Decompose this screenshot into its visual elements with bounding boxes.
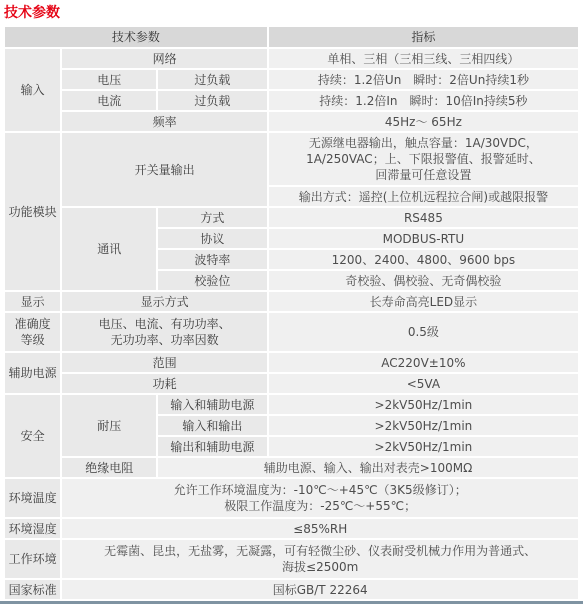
param-parity: 校验位	[158, 271, 267, 290]
param-input-aux: 输入和辅助电源	[158, 395, 267, 414]
category-input: 输入	[5, 49, 60, 131]
header-indicator: 指标	[269, 27, 578, 47]
value-insulation-resistance: 辅助电源、输入、输出对表壳>100MΩ	[158, 458, 578, 477]
param-current: 电流	[62, 91, 156, 110]
param-accuracy-items: 电压、电流、有功功率、 无功功率、功率因数	[62, 313, 266, 351]
param-protocol: 协议	[158, 229, 267, 248]
spec-table-body: 技术参数指标输入网络单相、三相（三相三线、三相四线）电压过负载持续：1.2倍Un…	[5, 27, 578, 599]
category-aux-power: 辅助电源	[5, 353, 60, 393]
param-display-mode: 显示方式	[62, 292, 266, 311]
value-voltage-overload: 持续：1.2倍Un 瞬时：2倍Un持续1秒	[269, 70, 578, 89]
value-aux-range: AC220V±10%	[269, 353, 578, 372]
category-function-module: 功能模块	[5, 133, 60, 290]
category-ambient-temperature: 环境温度	[5, 479, 60, 517]
value-parity: 奇校验、偶校验、无奇偶校验	[269, 271, 578, 290]
table-row: 绝缘电阻辅助电源、输入、输出对表壳>100MΩ	[5, 458, 578, 477]
param-current-overload: 过负载	[158, 91, 267, 110]
table-row: 环境湿度≤85%RH	[5, 519, 578, 538]
value-input-output: >2kV50Hz/1min	[269, 416, 578, 435]
category-accuracy-class: 准确度 等级	[5, 313, 60, 351]
param-output-aux: 输出和辅助电源	[158, 437, 267, 456]
value-ambient-temperature: 允许工作环境温度为：-10℃～+45℃（3K5级修订）； 极限工作温度为：-25…	[62, 479, 578, 517]
value-national-standard: 国标GB/T 22264	[62, 580, 578, 599]
param-baud-rate: 波特率	[158, 250, 267, 269]
value-frequency: 45Hz～ 65Hz	[269, 112, 578, 131]
table-row: 通讯方式RS485	[5, 208, 578, 227]
value-current-overload: 持续：1.2倍In 瞬时：10倍In持续5秒	[269, 91, 578, 110]
spec-table: 技术参数指标输入网络单相、三相（三相三线、三相四线）电压过负载持续：1.2倍Un…	[3, 25, 580, 601]
value-network: 单相、三相（三相三线、三相四线）	[269, 49, 578, 68]
value-ambient-humidity: ≤85%RH	[62, 519, 578, 538]
bottom-divider	[0, 601, 583, 604]
param-frequency: 频率	[62, 112, 266, 131]
param-aux-range: 范围	[62, 353, 266, 372]
param-power-consumption: 功耗	[62, 374, 266, 393]
page-title: 技术参数	[4, 4, 583, 22]
value-baud-rate: 1200、2400、4800、9600 bps	[269, 250, 578, 269]
table-row: 显示显示方式长寿命高亮LED显示	[5, 292, 578, 311]
table-row: 准确度 等级电压、电流、有功功率、 无功功率、功率因数0.5级	[5, 313, 578, 351]
param-insulation-resistance: 绝缘电阻	[62, 458, 156, 477]
value-power-consumption: <5VA	[269, 374, 578, 393]
table-row: 技术参数指标	[5, 27, 578, 47]
header-tech-params: 技术参数	[5, 27, 267, 47]
param-voltage-overload: 过负载	[158, 70, 267, 89]
param-switch-output: 开关量输出	[62, 133, 266, 206]
param-withstand-voltage: 耐压	[62, 395, 156, 456]
value-display-mode: 长寿命高亮LED显示	[269, 292, 578, 311]
value-protocol: MODBUS-RTU	[269, 229, 578, 248]
value-switch-output-spec: 无源继电器输出，触点容量：1A/30VDC， 1A/250VAC；上、下限报警值…	[269, 133, 578, 185]
value-working-environment: 无霉菌、昆虫，无盐雾，无凝露，可有轻微尘砂、仪表耐受机械力作用为普通式、 海拔≤…	[62, 540, 578, 578]
table-row: 输入网络单相、三相（三相三线、三相四线）	[5, 49, 578, 68]
table-row: 国家标准国标GB/T 22264	[5, 580, 578, 599]
value-input-aux: >2kV50Hz/1min	[269, 395, 578, 414]
table-row: 工作环境无霉菌、昆虫，无盐雾，无凝露，可有轻微尘砂、仪表耐受机械力作用为普通式、…	[5, 540, 578, 578]
table-row: 环境温度允许工作环境温度为：-10℃～+45℃（3K5级修订）； 极限工作温度为…	[5, 479, 578, 517]
table-row: 频率45Hz～ 65Hz	[5, 112, 578, 131]
param-comm-mode: 方式	[158, 208, 267, 227]
value-comm-mode: RS485	[269, 208, 578, 227]
table-row: 功能模块开关量输出无源继电器输出，触点容量：1A/30VDC， 1A/250VA…	[5, 133, 578, 185]
table-row: 功耗<5VA	[5, 374, 578, 393]
category-display: 显示	[5, 292, 60, 311]
param-network: 网络	[62, 49, 266, 68]
table-row: 电流过负载持续：1.2倍In 瞬时：10倍In持续5秒	[5, 91, 578, 110]
category-national-standard: 国家标准	[5, 580, 60, 599]
param-communication: 通讯	[62, 208, 156, 290]
table-row: 电压过负载持续：1.2倍Un 瞬时：2倍Un持续1秒	[5, 70, 578, 89]
param-input-output: 输入和输出	[158, 416, 267, 435]
table-row: 辅助电源范围AC220V±10%	[5, 353, 578, 372]
value-accuracy-class: 0.5级	[269, 313, 578, 351]
value-output-aux: >2kV50Hz/1min	[269, 437, 578, 456]
table-row: 安全耐压输入和辅助电源>2kV50Hz/1min	[5, 395, 578, 414]
category-safety: 安全	[5, 395, 60, 477]
value-output-mode: 输出方式：遥控(上位机远程拉合闸)或越限报警	[269, 187, 578, 206]
category-ambient-humidity: 环境湿度	[5, 519, 60, 538]
param-voltage: 电压	[62, 70, 156, 89]
category-working-environment: 工作环境	[5, 540, 60, 578]
